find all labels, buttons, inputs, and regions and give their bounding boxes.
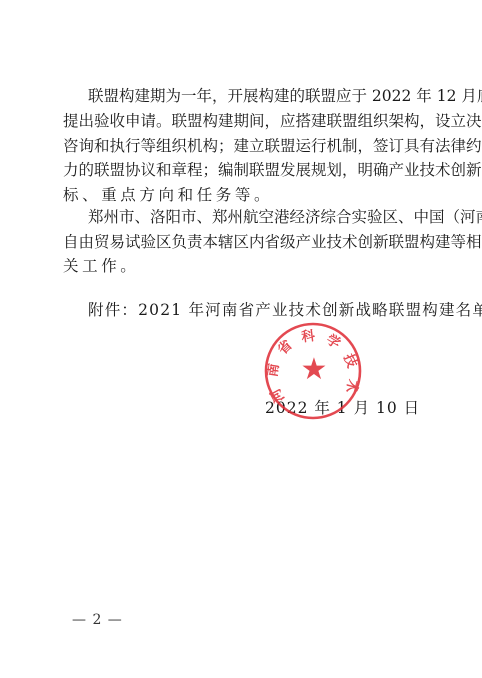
- official-seal-icon: 河南省科学技术厅 ★: [263, 321, 363, 421]
- document-page: 联盟构建期为一年，开展构建的联盟应于 2022 年 12 月底前 提出验收申请。…: [0, 0, 482, 678]
- paragraph-1-line-3: 咨询和执行等组织机构；建立联盟运行机制，签订具有法律约束: [63, 136, 415, 156]
- paragraph-2-line-1: 郑州市、洛阳市、郑州航空港经济综合实验区、中国（河南）: [88, 207, 415, 227]
- paragraph-1-line-4: 力的联盟协议和章程；编制联盟发展规划，明确产业技术创新目: [63, 160, 415, 180]
- paragraph-2-line-3: 关工作。: [63, 256, 415, 276]
- star-icon: ★: [301, 352, 328, 387]
- paragraph-1-line-1: 联盟构建期为一年，开展构建的联盟应于 2022 年 12 月底前: [88, 86, 415, 106]
- attachment-note: 附件：2021 年河南省产业技术创新战略联盟构建名单: [88, 300, 482, 320]
- paragraph-1-line-5: 标、重点方向和任务等。: [63, 185, 415, 205]
- paragraph-2-line-2: 自由贸易试验区负责本辖区内省级产业技术创新联盟构建等相: [63, 232, 415, 252]
- paragraph-1-line-2: 提出验收申请。联盟构建期间，应搭建联盟组织架构，设立决策、: [63, 111, 415, 131]
- page-number: — 2 —: [72, 611, 123, 629]
